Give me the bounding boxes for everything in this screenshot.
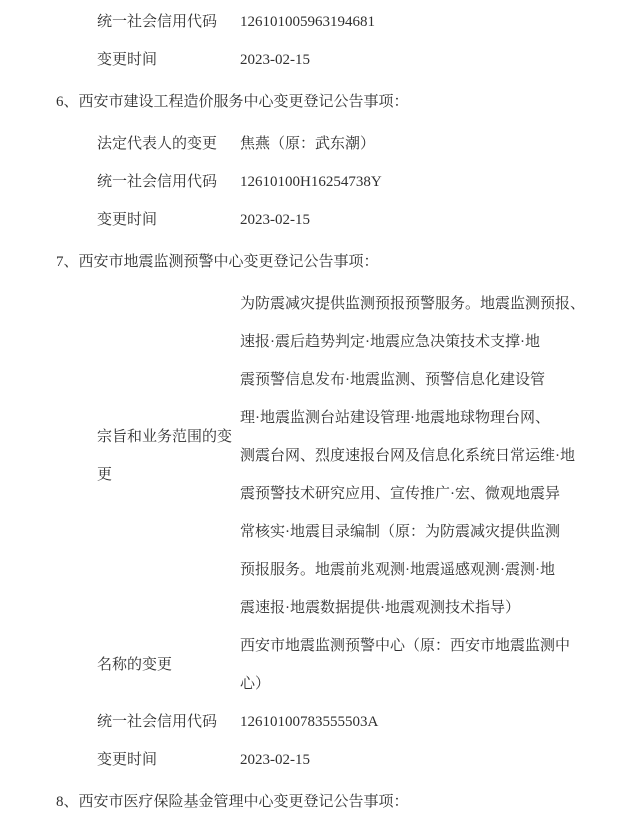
sections: 统一社会信用代码 126101005963194681 变更时间 2023-02… <box>0 3 630 821</box>
section-rows: 宗旨和业务范围的变更 为防震减灾提供监测预报预警服务。地震监测预报、速报·震后趋… <box>0 285 630 779</box>
field-label: 法定代表人的变更 <box>97 125 240 163</box>
field-label: 变更时间 <box>97 41 240 79</box>
announcement-section: 统一社会信用代码 126101005963194681 变更时间 2023-02… <box>0 3 630 79</box>
change-row: 统一社会信用代码 126101005963194681 <box>0 3 630 41</box>
value-line: 12610100783555503A <box>240 703 630 741</box>
value-line: 2023-02-15 <box>240 741 630 779</box>
announcement-section: 6、西安市建设工程造价服务中心变更登记公告事项： 法定代表人的变更 焦燕（原：武… <box>0 83 630 239</box>
field-label: 变更时间 <box>97 201 240 239</box>
value-line: 震预警技术研究应用、宣传推广·宏、微观地震异 <box>240 475 630 513</box>
field-value: 为防震减灾提供监测预报预警服务。地震监测预报、速报·震后趋势判定·地震应急决策技… <box>240 285 630 627</box>
change-row: 统一社会信用代码 12610100H16254738Y <box>0 163 630 201</box>
announcement-section: 8、西安市医疗保险基金管理中心变更登记公告事项： <box>0 783 630 821</box>
value-line: 速报·震后趋势判定·地震应急决策技术支撑·地 <box>240 323 630 361</box>
change-row: 宗旨和业务范围的变更 为防震减灾提供监测预报预警服务。地震监测预报、速报·震后趋… <box>0 285 630 627</box>
value-line: 焦燕（原：武东潮） <box>240 125 630 163</box>
field-value: 12610100H16254738Y <box>240 163 630 201</box>
value-line: 心） <box>240 665 630 703</box>
value-line: 为防震减灾提供监测预报预警服务。地震监测预报、 <box>240 285 630 323</box>
field-value: 126101005963194681 <box>240 3 630 41</box>
change-row: 法定代表人的变更 焦燕（原：武东潮） <box>0 125 630 163</box>
field-value: 西安市地震监测预警中心（原：西安市地震监测中心） <box>240 627 630 703</box>
field-label: 统一社会信用代码 <box>97 163 240 201</box>
value-line: 测震台网、烈度速报台网及信息化系统日常运维·地 <box>240 437 630 475</box>
field-label: 统一社会信用代码 <box>97 3 240 41</box>
section-rows: 统一社会信用代码 126101005963194681 变更时间 2023-02… <box>0 3 630 79</box>
field-label: 宗旨和业务范围的变更 <box>97 418 240 494</box>
value-line: 常核实·地震目录编制（原：为防震减灾提供监测 <box>240 513 630 551</box>
value-line: 126101005963194681 <box>240 3 630 41</box>
change-row: 变更时间 2023-02-15 <box>0 741 630 779</box>
section-header: 6、西安市建设工程造价服务中心变更登记公告事项： <box>0 83 630 121</box>
value-line: 震速报·地震数据提供·地震观测技术指导） <box>240 589 630 627</box>
document-page: 统一社会信用代码 126101005963194681 变更时间 2023-02… <box>0 0 630 822</box>
value-line: 2023-02-15 <box>240 41 630 79</box>
announcement-section: 7、西安市地震监测预警中心变更登记公告事项： 宗旨和业务范围的变更 为防震减灾提… <box>0 243 630 779</box>
value-line: 12610100H16254738Y <box>240 163 630 201</box>
field-label: 变更时间 <box>97 741 240 779</box>
field-value: 2023-02-15 <box>240 741 630 779</box>
field-value: 2023-02-15 <box>240 201 630 239</box>
value-line: 理·地震监测台站建设管理·地震地球物理台网、 <box>240 399 630 437</box>
change-row: 变更时间 2023-02-15 <box>0 41 630 79</box>
value-line: 2023-02-15 <box>240 201 630 239</box>
value-line: 预报服务。地震前兆观测·地震遥感观测·震测·地 <box>240 551 630 589</box>
section-header: 8、西安市医疗保险基金管理中心变更登记公告事项： <box>0 783 630 821</box>
value-line: 西安市地震监测预警中心（原：西安市地震监测中 <box>240 627 630 665</box>
field-value: 12610100783555503A <box>240 703 630 741</box>
field-value: 焦燕（原：武东潮） <box>240 125 630 163</box>
change-row: 名称的变更 西安市地震监测预警中心（原：西安市地震监测中心） <box>0 627 630 703</box>
change-row: 统一社会信用代码 12610100783555503A <box>0 703 630 741</box>
field-value: 2023-02-15 <box>240 41 630 79</box>
section-header: 7、西安市地震监测预警中心变更登记公告事项： <box>0 243 630 281</box>
section-rows: 法定代表人的变更 焦燕（原：武东潮） 统一社会信用代码 12610100H162… <box>0 125 630 239</box>
change-row: 变更时间 2023-02-15 <box>0 201 630 239</box>
field-label: 统一社会信用代码 <box>97 703 240 741</box>
field-label: 名称的变更 <box>97 646 240 684</box>
value-line: 震预警信息发布·地震监测、预警信息化建设管 <box>240 361 630 399</box>
